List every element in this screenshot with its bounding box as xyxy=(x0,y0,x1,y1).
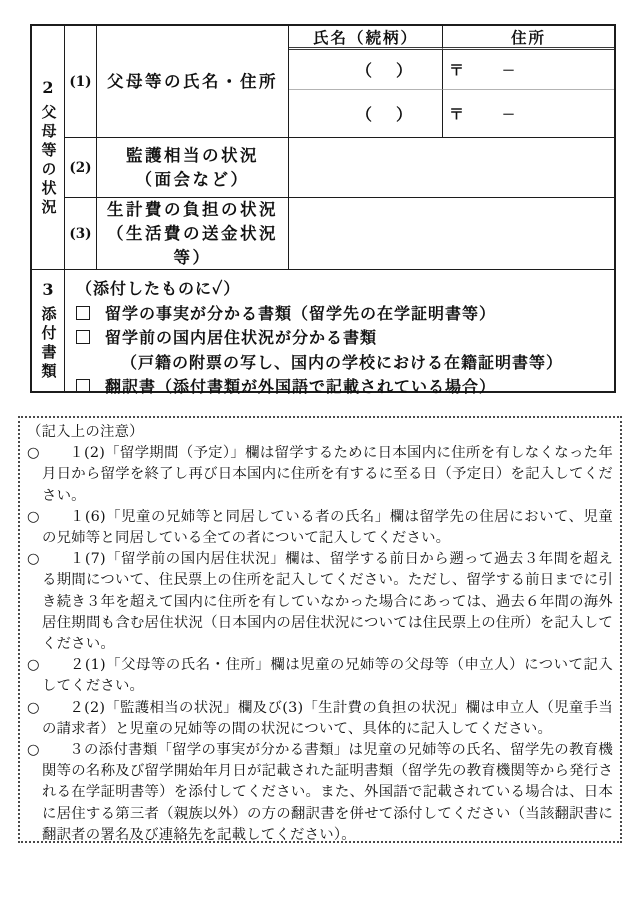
note-item: ○ １(2)「留学期間（予定）」欄は留学するために日本国内に住所を有しなくなった… xyxy=(27,443,613,507)
postal-mark: 〒 xyxy=(449,103,464,124)
checkbox-icon[interactable] xyxy=(76,379,90,393)
checkbox-icon[interactable] xyxy=(76,330,90,344)
row2-number: (2) xyxy=(65,138,97,198)
attachments-section: （添付したものに✓） 留学の事実が分かる書類（留学先の在学証明書等） 留学前の国… xyxy=(65,270,614,391)
note-item: ○ ２(1)「父母等の氏名・住所」欄は児童の兄姉等の父母等（申立人）について記入… xyxy=(27,655,613,697)
custody-status-input-cell[interactable] xyxy=(289,138,614,198)
column-header-address: 住所 xyxy=(443,26,614,50)
section3-vertical-label: 添付書類 xyxy=(41,306,56,382)
section3-number: 3 xyxy=(42,280,53,299)
row1-number: (1) xyxy=(65,26,97,138)
attachment-item-label: 翻訳書（添付書類が外国語で記載されている場合） xyxy=(105,375,496,400)
note-item: ○ １(6)「児童の兄姉等と同居している者の氏名」欄は留学先の住居において、児童… xyxy=(27,507,613,549)
note-item: ○ ３の添付書類「留学の事実が分かる書類」は児童の兄姉等の氏名、留学先の教育機関… xyxy=(27,740,613,843)
note-item: ○ ２(2)「監護相当の状況」欄及び(3)「生計費の負担の状況」欄は申立人（児童… xyxy=(27,698,613,740)
name-input-cell-2[interactable]: （ ） xyxy=(289,90,443,138)
attachment-item: 留学の事実が分かる書類（留学先の在学証明書等） xyxy=(76,302,606,327)
address-input-cell-1[interactable]: 〒 － xyxy=(443,50,614,90)
name-input-cell-1[interactable]: （ ） xyxy=(289,50,443,90)
living-cost-input-cell[interactable] xyxy=(289,198,614,270)
row3-label: 生計費の負担の状況 （生活費の送金状況等） xyxy=(97,198,289,270)
section2-vertical-label: 父母等の状況 xyxy=(41,104,56,218)
row2-label: 監護相当の状況 （面会など） xyxy=(97,138,289,198)
section2-number: 2 xyxy=(42,78,53,97)
section3-header-column: 3 添付書類 xyxy=(32,270,65,391)
attachment-item-label: 留学の事実が分かる書類（留学先の在学証明書等） xyxy=(105,302,496,327)
note-item: ○ １(7)「留学前の国内居住状況」欄は、留学する前日から遡って過去３年間を超え… xyxy=(27,549,613,655)
row3-number: (3) xyxy=(65,198,97,270)
attachments-intro: （添付したものに✓） xyxy=(76,277,606,302)
address-input-cell-2[interactable]: 〒 － xyxy=(443,90,614,138)
column-header-name: 氏名（続柄） xyxy=(289,26,443,50)
section2-header-column: 2 父母等の状況 xyxy=(32,26,65,270)
notes-title: （記入上の注意） xyxy=(27,422,613,443)
parents-status-table: 2 父母等の状況 (1) 父母等の氏名・住所 氏名（続柄） 住所 （ ） 〒 －… xyxy=(30,24,616,393)
attachment-item: 留学前の国内居住状況が分かる書類 xyxy=(76,326,606,351)
postal-mark: 〒 xyxy=(449,59,464,80)
postal-dash: － xyxy=(502,60,515,79)
row1-label: 父母等の氏名・住所 xyxy=(97,26,289,138)
form-page: 2 父母等の状況 (1) 父母等の氏名・住所 氏名（続柄） 住所 （ ） 〒 －… xyxy=(0,0,630,903)
attachment-item: 翻訳書（添付書類が外国語で記載されている場合） xyxy=(76,375,606,400)
notes-box: （記入上の注意） ○ １(2)「留学期間（予定）」欄は留学するために日本国内に住… xyxy=(18,416,622,843)
attachment-item-label: 留学前の国内居住状況が分かる書類 xyxy=(105,326,377,351)
attachment-item-sub-label: （戸籍の附票の写し、国内の学校における在籍証明書等） xyxy=(76,351,606,376)
postal-dash: － xyxy=(502,104,515,123)
checkbox-icon[interactable] xyxy=(76,306,90,320)
